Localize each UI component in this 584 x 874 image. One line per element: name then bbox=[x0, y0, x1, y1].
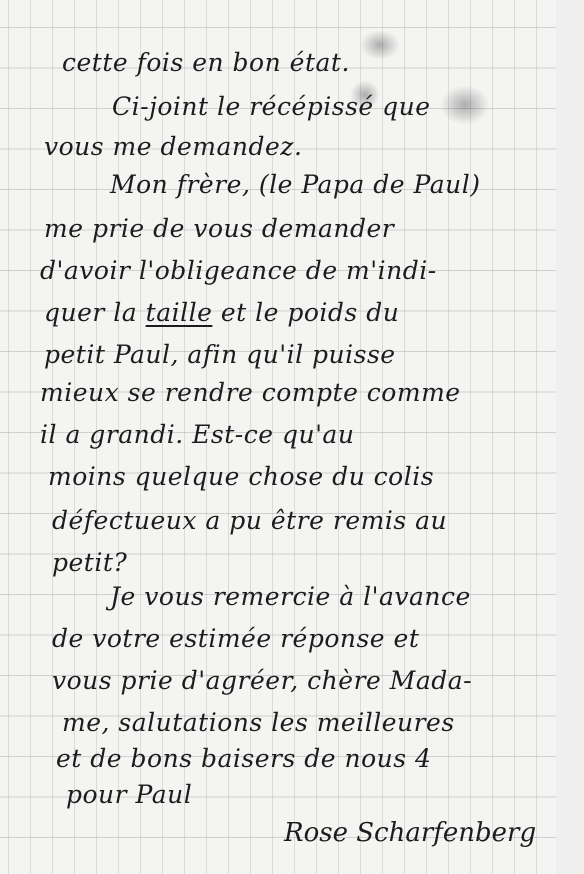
letter-line: me, salutations les meilleures bbox=[62, 708, 455, 737]
letter-line: d'avoir l'obligeance de m'indi- bbox=[40, 256, 437, 285]
letter-line: Je vous remercie à l'avance bbox=[110, 582, 471, 611]
scan-margin bbox=[556, 0, 584, 874]
letter-text: et le poids du bbox=[221, 298, 399, 327]
letter-line: et de bons baisers de nous 4 bbox=[56, 744, 431, 773]
underlined-word: taille bbox=[146, 298, 213, 327]
letter-line: cette fois en bon état. bbox=[62, 48, 350, 77]
ink-smudge bbox=[440, 85, 490, 125]
letter-line: moins quelque chose du colis bbox=[48, 462, 434, 491]
letter-line: il a grandi. Est-ce qu'au bbox=[40, 420, 354, 449]
letter-line: mieux se rendre compte comme bbox=[40, 378, 461, 407]
letter-page: cette fois en bon état. Ci-joint le récé… bbox=[0, 0, 556, 874]
letter-line: quer la taille et le poids du bbox=[44, 298, 399, 327]
letter-line: défectueux a pu être remis au bbox=[52, 506, 447, 535]
ink-smudge bbox=[360, 30, 400, 60]
letter-line: pour Paul bbox=[66, 780, 192, 809]
letter-line: petit? bbox=[52, 548, 127, 577]
letter-line: vous me demandez. bbox=[44, 132, 302, 161]
letter-line: de votre estimée réponse et bbox=[52, 624, 419, 653]
letter-line: petit Paul, afin qu'il puisse bbox=[44, 340, 396, 369]
letter-line: vous prie d'agréer, chère Mada- bbox=[52, 666, 472, 695]
letter-line: me prie de vous demander bbox=[44, 214, 394, 243]
letter-line: Ci-joint le récépissé que bbox=[112, 92, 431, 121]
letter-text: quer la bbox=[44, 298, 137, 327]
signature: Rose Scharfenberg bbox=[284, 818, 536, 848]
letter-line: Mon frère, (le Papa de Paul) bbox=[110, 170, 480, 199]
